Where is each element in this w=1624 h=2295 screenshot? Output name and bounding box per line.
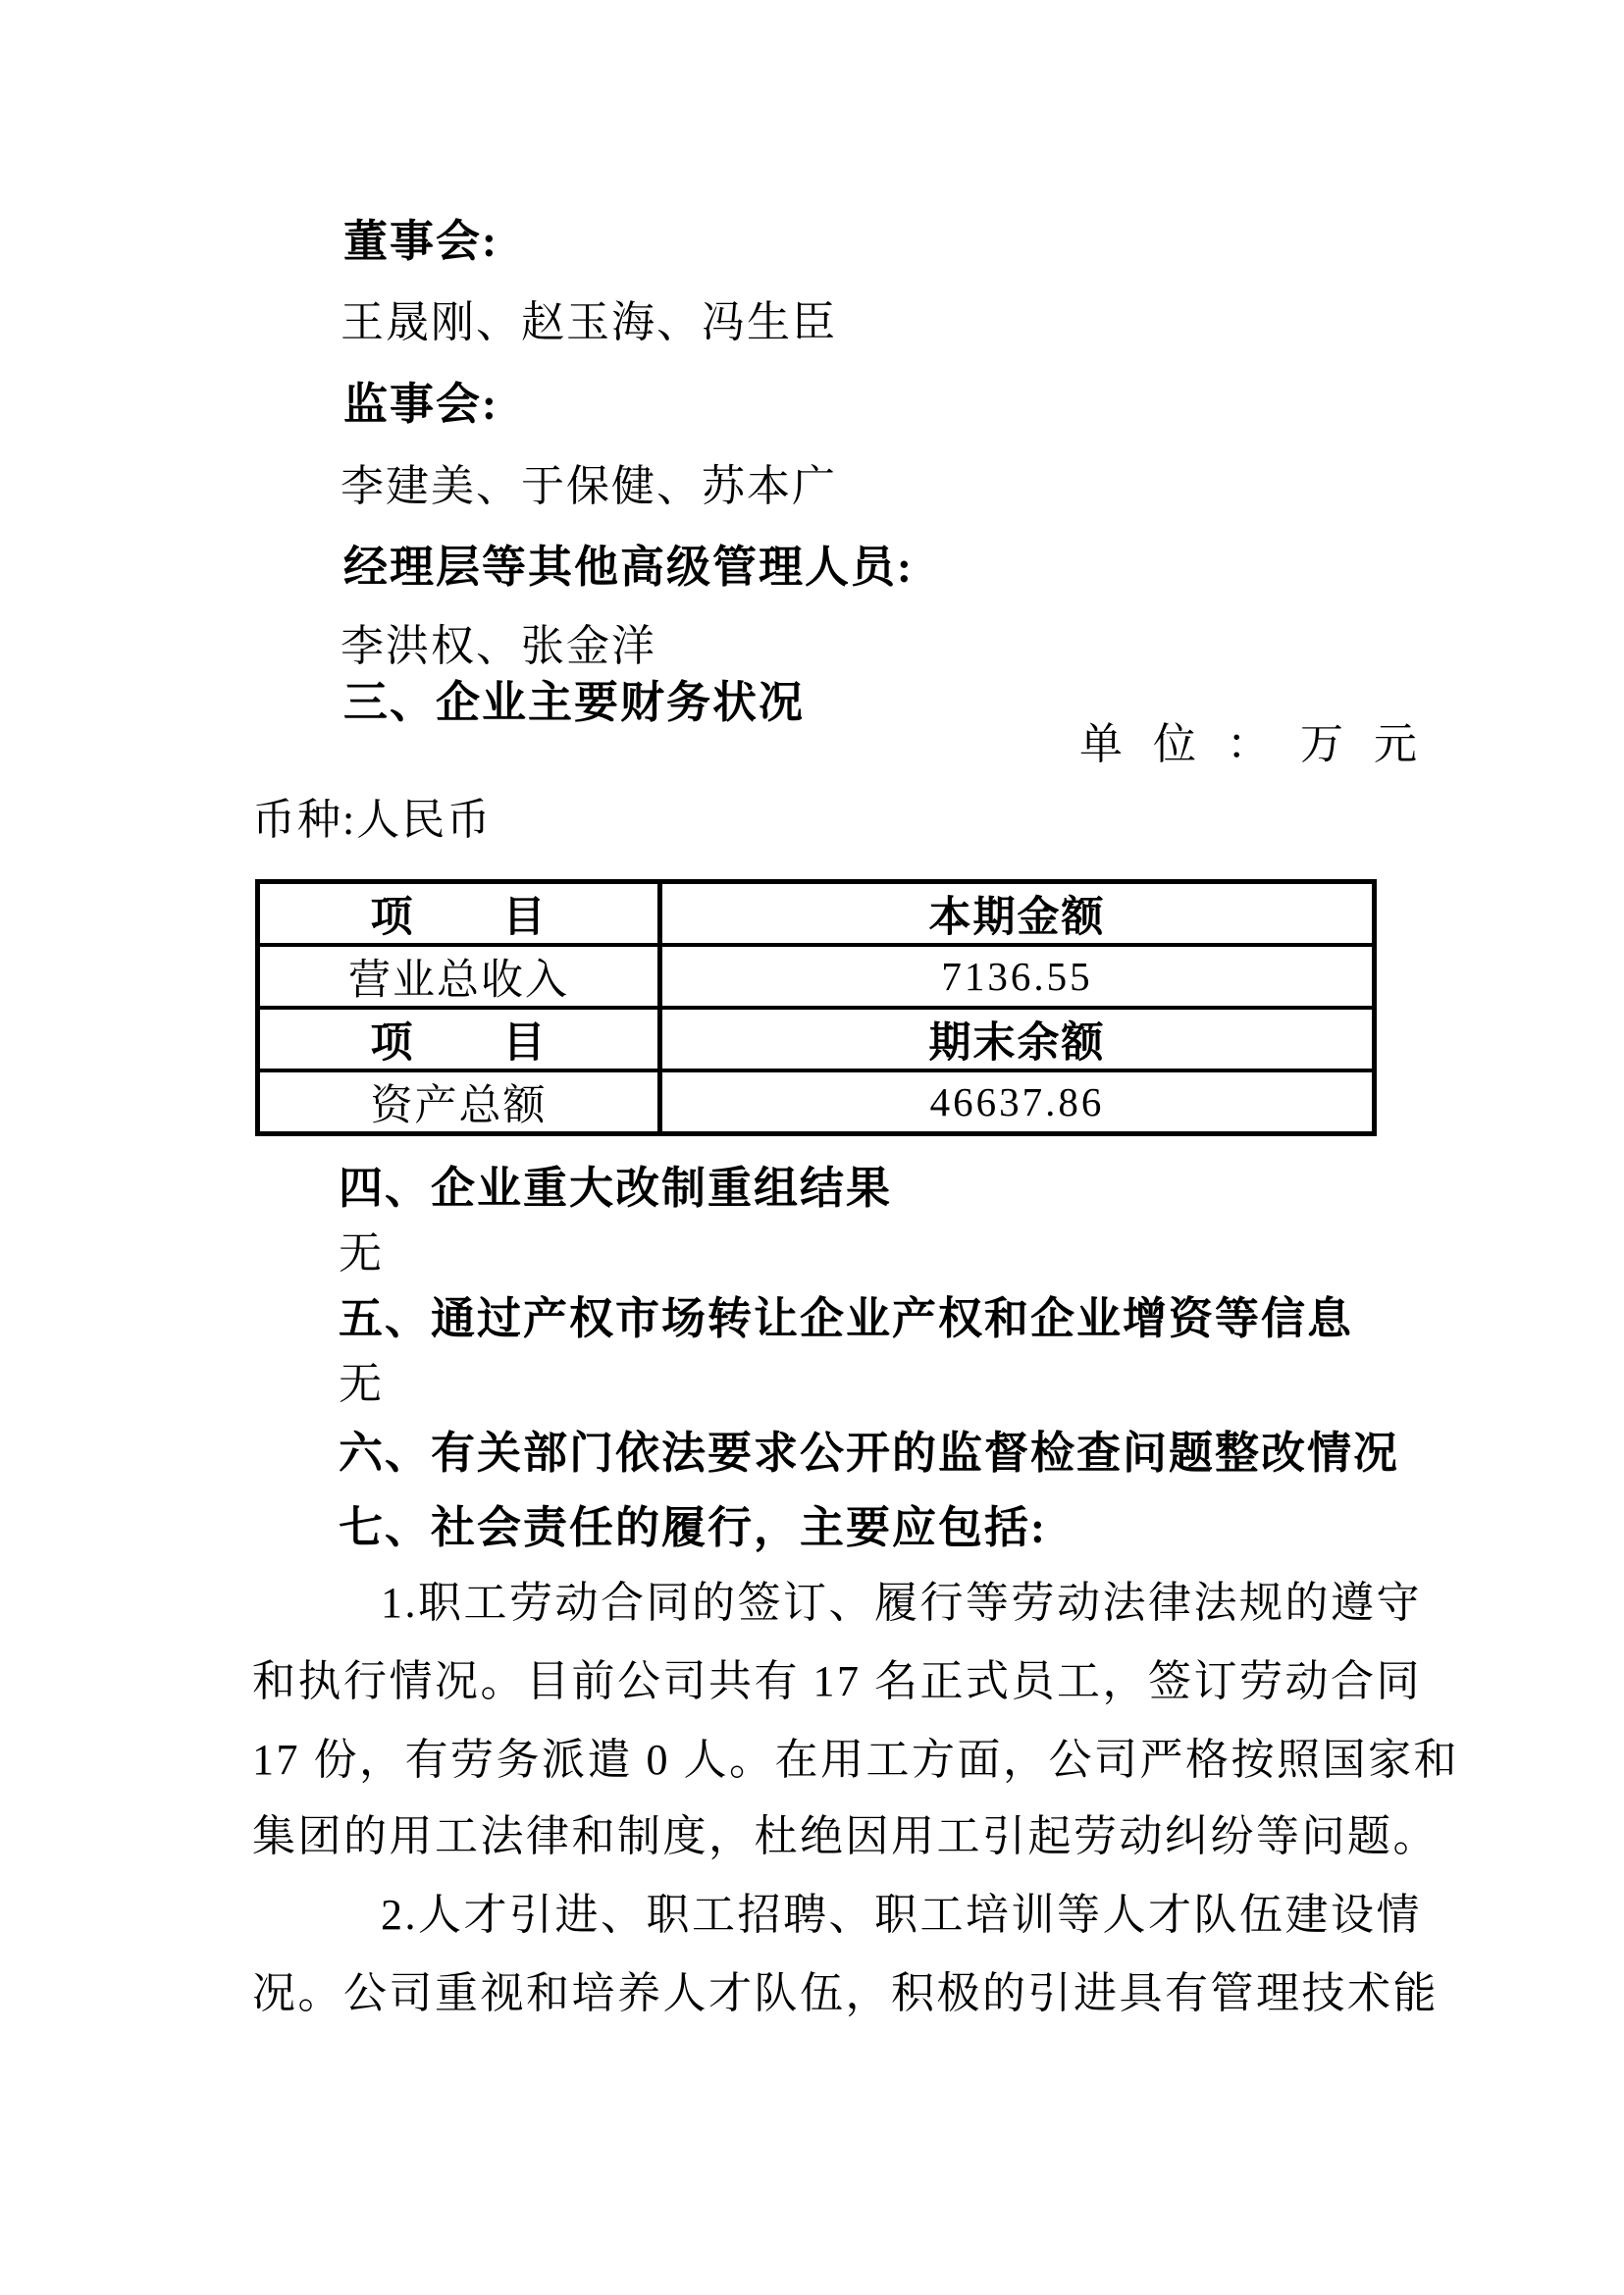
table-header-item: 项 目 xyxy=(260,1010,662,1069)
management-members: 李洪权、张金洋 xyxy=(341,621,656,672)
section-4-title: 四、企业重大改制重组结果 xyxy=(339,1163,892,1214)
paragraph-2-line-1: 2.人才引进、职工招聘、职工培训等人才队伍建设情 xyxy=(381,1890,1422,1941)
paragraph-2-line-2: 况。公司重视和培养人才队伍，积极的引进具有管理技术能 xyxy=(252,1968,1439,2019)
paragraph-1-line-2: 和执行情况。目前公司共有 17 名正式员工，签订劳动合同 xyxy=(252,1656,1422,1707)
table-cell-total-assets-value: 46637.86 xyxy=(662,1072,1372,1131)
table-cell-total-revenue-value: 7136.55 xyxy=(662,947,1372,1006)
section-5-content: 无 xyxy=(339,1359,384,1410)
table-header-item: 项 目 xyxy=(260,884,662,943)
table-header-ending-balance: 期末余额 xyxy=(662,1010,1372,1069)
section-5-title: 五、通过产权市场转让企业产权和企业增资等信息 xyxy=(339,1293,1353,1344)
paragraph-1-line-4: 集团的用工法律和制度，杜绝因用工引起劳动纠纷等问题。 xyxy=(252,1811,1439,1862)
currency-note: 币种:人民币 xyxy=(252,795,492,846)
paragraph-1-line-1: 1.职工劳动合同的签订、履行等劳动法律法规的遵守 xyxy=(381,1578,1422,1629)
section-6-title: 六、有关部门依法要求公开的监督检查问题整改情况 xyxy=(339,1428,1399,1479)
table-cell-total-revenue-label: 营业总收入 xyxy=(260,947,662,1006)
table-row: 项 目 期末余额 xyxy=(260,1006,1372,1069)
supervisory-board-label: 监事会: xyxy=(343,379,498,430)
board-of-directors-label: 董事会: xyxy=(343,216,498,267)
section-3-title: 三、企业主要财务状况 xyxy=(343,677,805,728)
paragraph-1-line-3: 17 份，有劳务派遣 0 人。在用工方面，公司严格按照国家和 xyxy=(252,1735,1459,1786)
document-page: 董事会: 王晟刚、赵玉海、冯生臣 监事会: 李建美、于保健、苏本广 经理层等其他… xyxy=(0,0,1624,2295)
table-cell-total-assets-label: 资产总额 xyxy=(260,1072,662,1131)
table-row: 营业总收入 7136.55 xyxy=(260,943,1372,1006)
management-label: 经理层等其他高级管理人员: xyxy=(343,542,914,593)
table-row: 项 目 本期金额 xyxy=(260,884,1372,943)
table-row: 资产总额 46637.86 xyxy=(260,1069,1372,1131)
supervisory-board-members: 李建美、于保健、苏本广 xyxy=(341,461,837,512)
unit-note: 单 位 ： 万 元 xyxy=(1079,719,1427,770)
board-of-directors-members: 王晟刚、赵玉海、冯生臣 xyxy=(341,297,837,348)
section-4-content: 无 xyxy=(339,1228,384,1279)
table-header-current-amount: 本期金额 xyxy=(662,884,1372,943)
section-7-title: 七、社会责任的履行，主要应包括: xyxy=(339,1502,1047,1553)
financial-table: 项 目 本期金额 营业总收入 7136.55 项 目 期末余额 资产总额 466… xyxy=(255,879,1377,1136)
